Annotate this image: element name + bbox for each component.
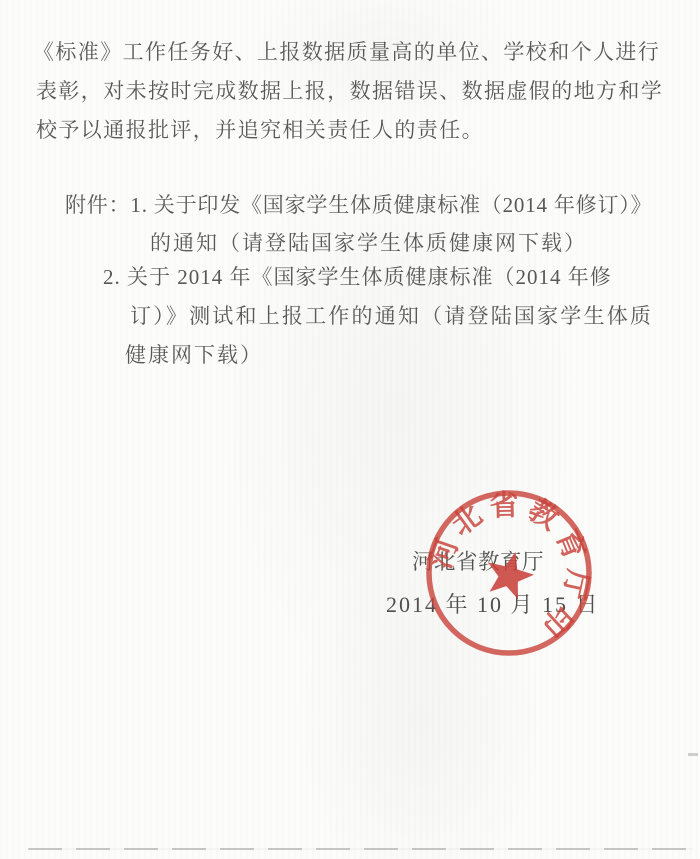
body-line: 校予以通报批评，并追究相关责任人的责任。 — [36, 117, 484, 143]
scanner-edge-mark — [688, 753, 698, 756]
attachment-line: 订）》测试和上报工作的通知（请登陆国家学生体质 — [130, 303, 653, 329]
issuer-signature: 河北省教育厅 — [412, 549, 544, 575]
scanned-document-page: 《标准》工作任务好、上报数据质量高的单位、学校和个人进行 表彰，对未按时完成数据… — [0, 0, 700, 859]
body-line: 表彰，对未按时完成数据上报，数据错误、数据虚假的地方和学 — [36, 78, 663, 104]
attachment-line: 健康网下载） — [125, 342, 263, 368]
body-line: 《标准》工作任务好、上报数据质量高的单位、学校和个人进行 — [33, 39, 660, 65]
attachment-line: 2. 关于 2014 年《国家学生体质健康标准（2014 年修 — [103, 264, 612, 290]
issue-date: 2014 年 10 月 15 日 — [386, 592, 600, 618]
attachment-line: 附件：1. 关于印发《国家学生体质健康标准（2014 年修订）》 — [65, 192, 652, 218]
scanner-artifact-line — [28, 848, 693, 850]
attachment-line: 的通知（请登陆国家学生体质健康网下载） — [150, 230, 587, 256]
